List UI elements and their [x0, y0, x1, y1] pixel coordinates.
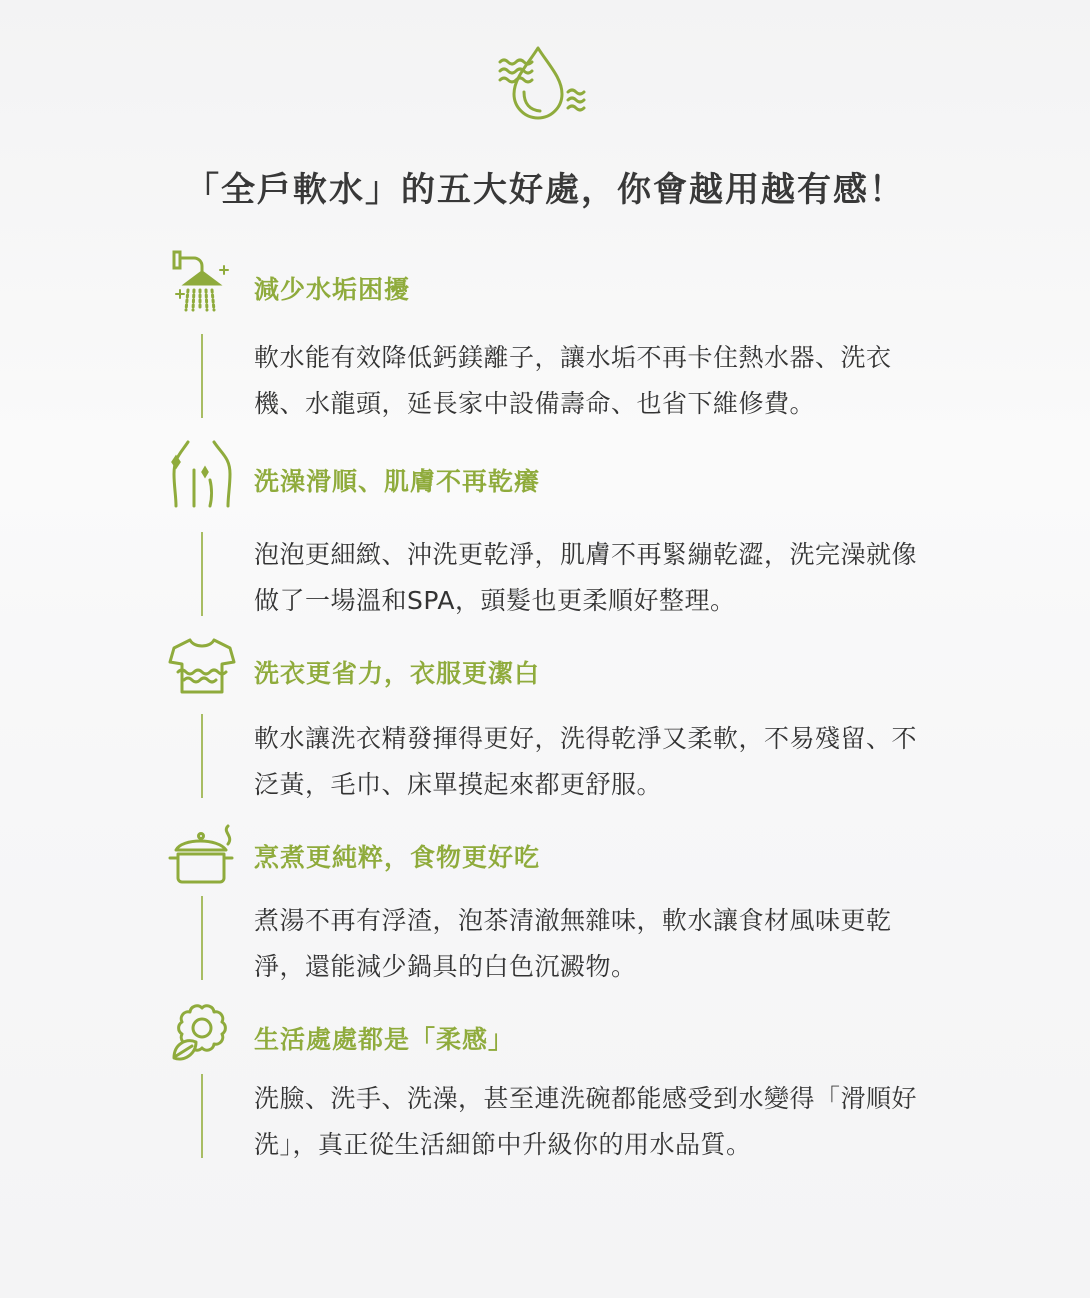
- page-title: 「全戶軟水」的五大好處，你會越用越有感！: [0, 162, 1090, 211]
- section-body: 泡泡更細緻、沖洗更乾淨，肌膚不再緊繃乾澀，洗完澡就像做了一場溫和SPA，頭髮也更…: [254, 532, 934, 624]
- section-title: 生活處處都是「柔感」: [254, 1020, 514, 1056]
- section-divider-line: [201, 714, 203, 798]
- section-body: 軟水讓洗衣精發揮得更好，洗得乾淨又柔軟，不易殘留、不泛黃，毛巾、床單摸起來都更舒…: [254, 716, 934, 808]
- section-title: 烹煮更純粹，食物更好吃: [254, 838, 540, 874]
- section-title: 減少水垢困擾: [254, 270, 410, 306]
- section-body: 洗臉、洗手、洗澡，甚至連洗碗都能感受到水變得「滑順好洗」，真正從生活細節中升級你…: [254, 1076, 934, 1168]
- cooking-pot-icon: [166, 822, 238, 892]
- section-body: 煮湯不再有浮渣，泡茶清澈無雜味，軟水讓食材風味更乾淨，還能減少鍋具的白色沉澱物。: [254, 898, 934, 990]
- section-divider-line: [201, 896, 203, 980]
- section-title: 洗澡滑順、肌膚不再乾癢: [254, 462, 540, 498]
- shower-head-icon: [166, 248, 238, 318]
- section-divider-line: [201, 334, 203, 418]
- water-drop-waves-icon: [498, 42, 592, 126]
- section-divider-line: [201, 1074, 203, 1158]
- tshirt-wash-icon: [166, 636, 238, 706]
- smooth-skin-body-icon: [166, 440, 238, 510]
- section-divider-line: [201, 532, 203, 616]
- flower-leaf-icon: [166, 1000, 238, 1070]
- section-body: 軟水能有效降低鈣鎂離子，讓水垢不再卡住熱水器、洗衣機、水龍頭，延長家中設備壽命、…: [254, 335, 934, 427]
- section-title: 洗衣更省力，衣服更潔白: [254, 654, 540, 690]
